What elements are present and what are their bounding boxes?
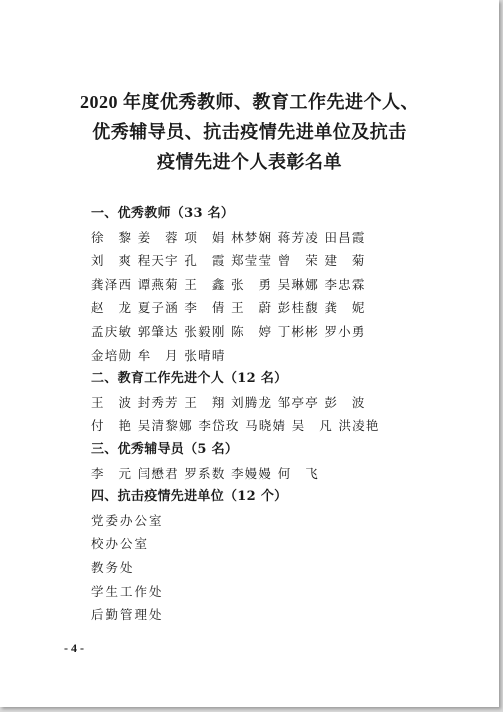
unit-name: 教务处 (91, 556, 391, 580)
document-body: 一、优秀教师（33 名）徐黎姜蓉项娟林梦娴蒋芳凌田昌霞刘爽程天宇孔霞郑莹莹曾荣建… (91, 202, 391, 627)
person-name: 赵龙 (91, 296, 131, 320)
unit-name: 学生工作处 (91, 580, 391, 604)
person-name: 王鑫 (184, 273, 224, 297)
person-name: 吴清黎娜 (138, 414, 192, 438)
title-line-3: 疫情先进个人表彰名单 (0, 147, 499, 177)
section-heading: 四、抗击疫情先进单位（12 个） (91, 485, 391, 509)
names-row: 孟庆敏郭肇达张毅刚陈婷丁彬彬罗小勇 (91, 320, 391, 344)
section-heading: 一、优秀教师（33 名） (91, 202, 391, 226)
person-name: 陈婷 (231, 320, 271, 344)
person-name: 吴琳娜 (278, 273, 318, 297)
document-title: 2020 年度优秀教师、教育工作先进个人、 优秀辅导员、抗击疫情先进单位及抗击 … (0, 87, 499, 177)
person-name: 张勇 (231, 273, 271, 297)
section-heading: 二、教育工作先进个人（12 名） (91, 367, 391, 391)
person-name: 项娟 (184, 226, 224, 250)
person-name: 丁彬彬 (278, 320, 318, 344)
person-name: 王波 (91, 391, 131, 415)
person-name: 李忠霖 (324, 273, 364, 297)
document-page: 2020 年度优秀教师、教育工作先进个人、 优秀辅导员、抗击疫情先进单位及抗击 … (0, 0, 499, 707)
person-name: 田昌霞 (324, 226, 364, 250)
names-row: 赵龙夏子涵李倩王蔚彭桂馥龚妮 (91, 296, 391, 320)
person-name: 林梦娴 (231, 226, 271, 250)
person-name: 闫懋君 (138, 462, 178, 486)
person-name: 封秀芳 (138, 391, 178, 415)
person-name: 蒋芳凌 (278, 226, 318, 250)
person-name: 洪凌艳 (338, 414, 378, 438)
person-name: 李嫚嫚 (231, 462, 271, 486)
person-name: 建菊 (324, 249, 364, 273)
person-name: 张晴晴 (184, 344, 224, 368)
person-name: 龚妮 (324, 296, 364, 320)
person-name: 徐黎 (91, 226, 131, 250)
person-name: 姜蓉 (138, 226, 178, 250)
person-name: 郭肇达 (138, 320, 178, 344)
person-name: 刘爽 (91, 249, 131, 273)
unit-name: 党委办公室 (91, 509, 391, 533)
person-name: 马晓婧 (245, 414, 285, 438)
person-name: 李岱玫 (198, 414, 238, 438)
person-name: 李倩 (184, 296, 224, 320)
person-name: 孟庆敏 (91, 320, 131, 344)
page-number: - 4 - (64, 641, 84, 656)
person-name: 金培勋 (91, 344, 131, 368)
person-name: 程天宇 (138, 249, 178, 273)
names-row: 金培勋牟月张晴晴 (91, 344, 391, 368)
person-name: 谭燕菊 (138, 273, 178, 297)
person-name: 罗小勇 (324, 320, 364, 344)
person-name: 何飞 (278, 462, 318, 486)
person-name: 彭桂馥 (278, 296, 318, 320)
person-name: 吴凡 (292, 414, 332, 438)
names-row: 付艳吴清黎娜李岱玫马晓婧吴凡洪凌艳 (91, 414, 391, 438)
person-name: 付艳 (91, 414, 131, 438)
person-name: 王蔚 (231, 296, 271, 320)
person-name: 夏子涵 (138, 296, 178, 320)
person-name: 孔霞 (184, 249, 224, 273)
person-name: 牟月 (138, 344, 178, 368)
person-name: 邹亭亭 (278, 391, 318, 415)
unit-name: 校办公室 (91, 532, 391, 556)
unit-name: 后勤管理处 (91, 603, 391, 627)
person-name: 龚泽西 (91, 273, 131, 297)
section-heading: 三、优秀辅导员（5 名） (91, 438, 391, 462)
names-row: 徐黎姜蓉项娟林梦娴蒋芳凌田昌霞 (91, 226, 391, 250)
title-line-1: 2020 年度优秀教师、教育工作先进个人、 (0, 87, 499, 117)
person-name: 彭波 (324, 391, 364, 415)
person-name: 张毅刚 (184, 320, 224, 344)
person-name: 王翔 (184, 391, 224, 415)
person-name: 曾荣 (278, 249, 318, 273)
names-row: 王波封秀芳王翔刘腾龙邹亭亭彭波 (91, 391, 391, 415)
person-name: 罗系数 (184, 462, 224, 486)
person-name: 李元 (91, 462, 131, 486)
names-row: 龚泽西谭燕菊王鑫张勇吴琳娜李忠霖 (91, 273, 391, 297)
person-name: 刘腾龙 (231, 391, 271, 415)
person-name: 郑莹莹 (231, 249, 271, 273)
names-row: 李元闫懋君罗系数李嫚嫚何飞 (91, 462, 391, 486)
title-line-2: 优秀辅导员、抗击疫情先进单位及抗击 (0, 117, 499, 147)
names-row: 刘爽程天宇孔霞郑莹莹曾荣建菊 (91, 249, 391, 273)
